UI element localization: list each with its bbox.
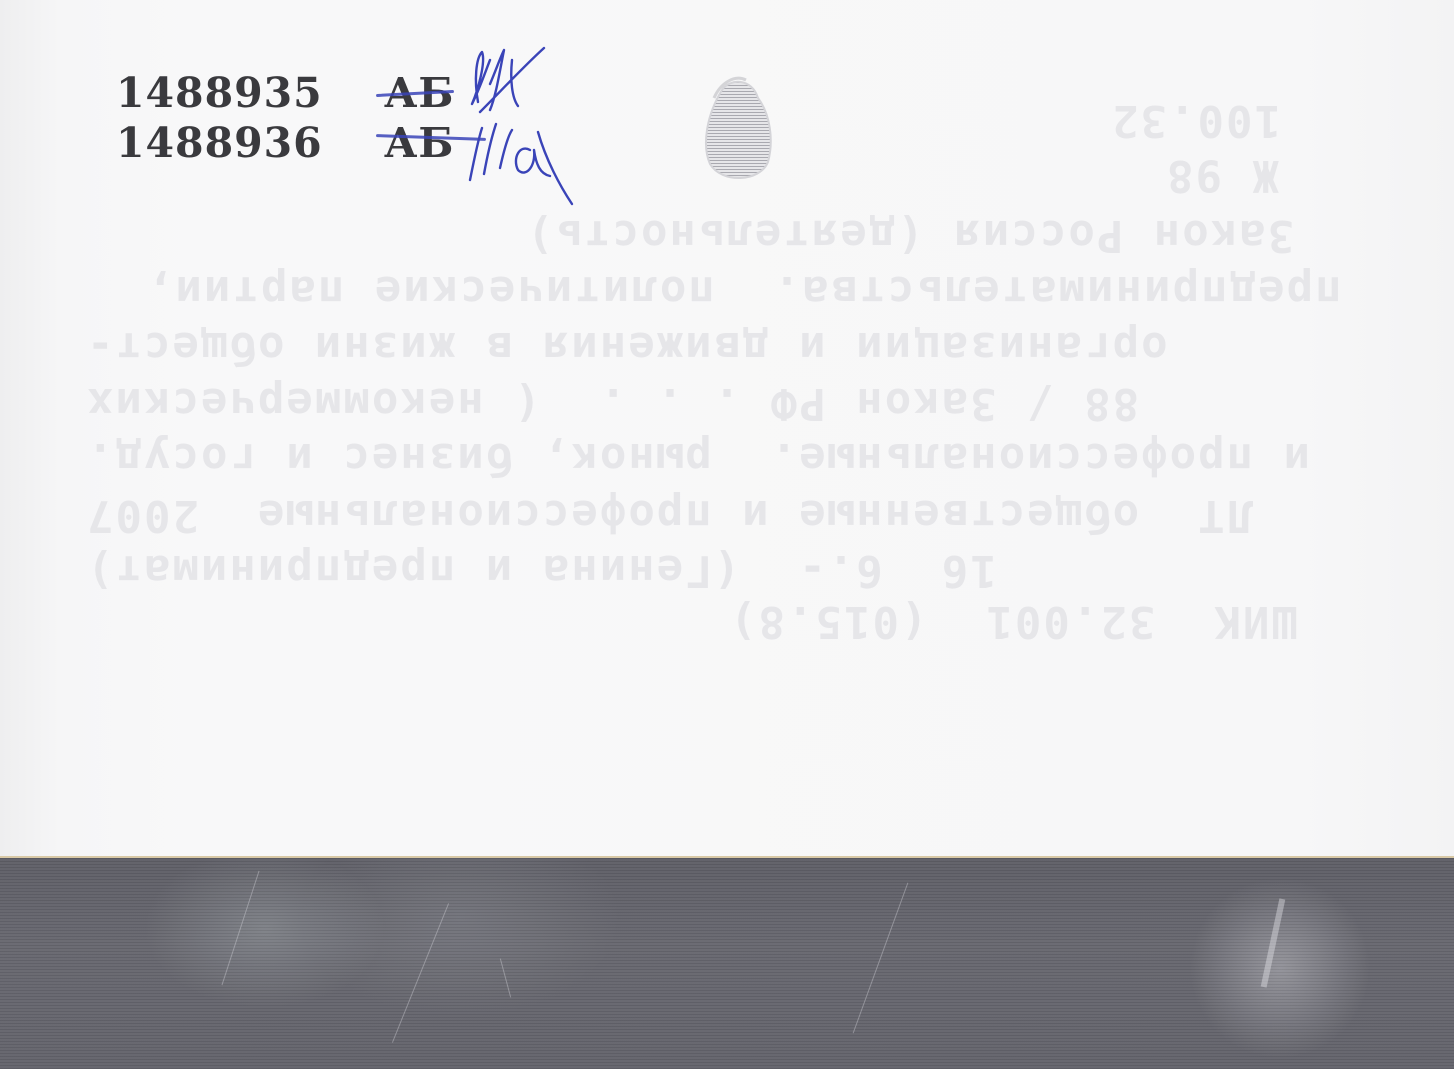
bleed-line: ШИК 32.001 (015.8)	[728, 596, 1298, 647]
bleed-line: 88 / Закон РФ . . . ( некоммерческих	[85, 378, 1139, 429]
bleed-line: организации и движения в жизни общест-	[85, 322, 1168, 373]
punched-hole	[700, 68, 782, 186]
inventory-number: 1488935	[116, 68, 384, 118]
fund-code: АБ	[384, 118, 450, 168]
inventory-number: 1488936	[116, 118, 384, 168]
bleed-line: ЛТ общественные и профессиональные 2007	[85, 490, 1253, 541]
bleed-line: 16 6.- (Генина и предпринимат)	[85, 545, 997, 596]
scratch-mark	[392, 903, 449, 1042]
inventory-entry: 1488935 АБ	[116, 68, 450, 118]
inventory-entry: 1488936 АБ	[116, 118, 450, 168]
bleed-line: 100.32	[1110, 95, 1281, 146]
inventory-number-list: 1488935 АБ 1488936 АБ	[116, 68, 450, 168]
bleed-line: предпринимательства. политические партии…	[145, 266, 1342, 317]
handwritten-annotation	[460, 40, 590, 210]
fund-code: АБ	[384, 68, 450, 118]
scratch-mark	[500, 959, 511, 998]
scratch-mark	[1261, 898, 1286, 987]
scanner-background	[0, 858, 1454, 1069]
bleed-line: Ж 98	[1165, 150, 1279, 201]
bleed-line: и профессиональные. рынок, бизнес и госу…	[85, 433, 1310, 484]
fund-code-text: АБ	[384, 119, 454, 167]
bleed-line: Закон Россия (деятельность)	[525, 210, 1294, 261]
scratch-mark	[221, 871, 259, 985]
catalog-card: ШИК 32.001 (015.8) 16 6.- (Генина и пред…	[0, 0, 1454, 858]
scratch-mark	[853, 883, 909, 1034]
scanned-card-image: ШИК 32.001 (015.8) 16 6.- (Генина и пред…	[0, 0, 1454, 1069]
